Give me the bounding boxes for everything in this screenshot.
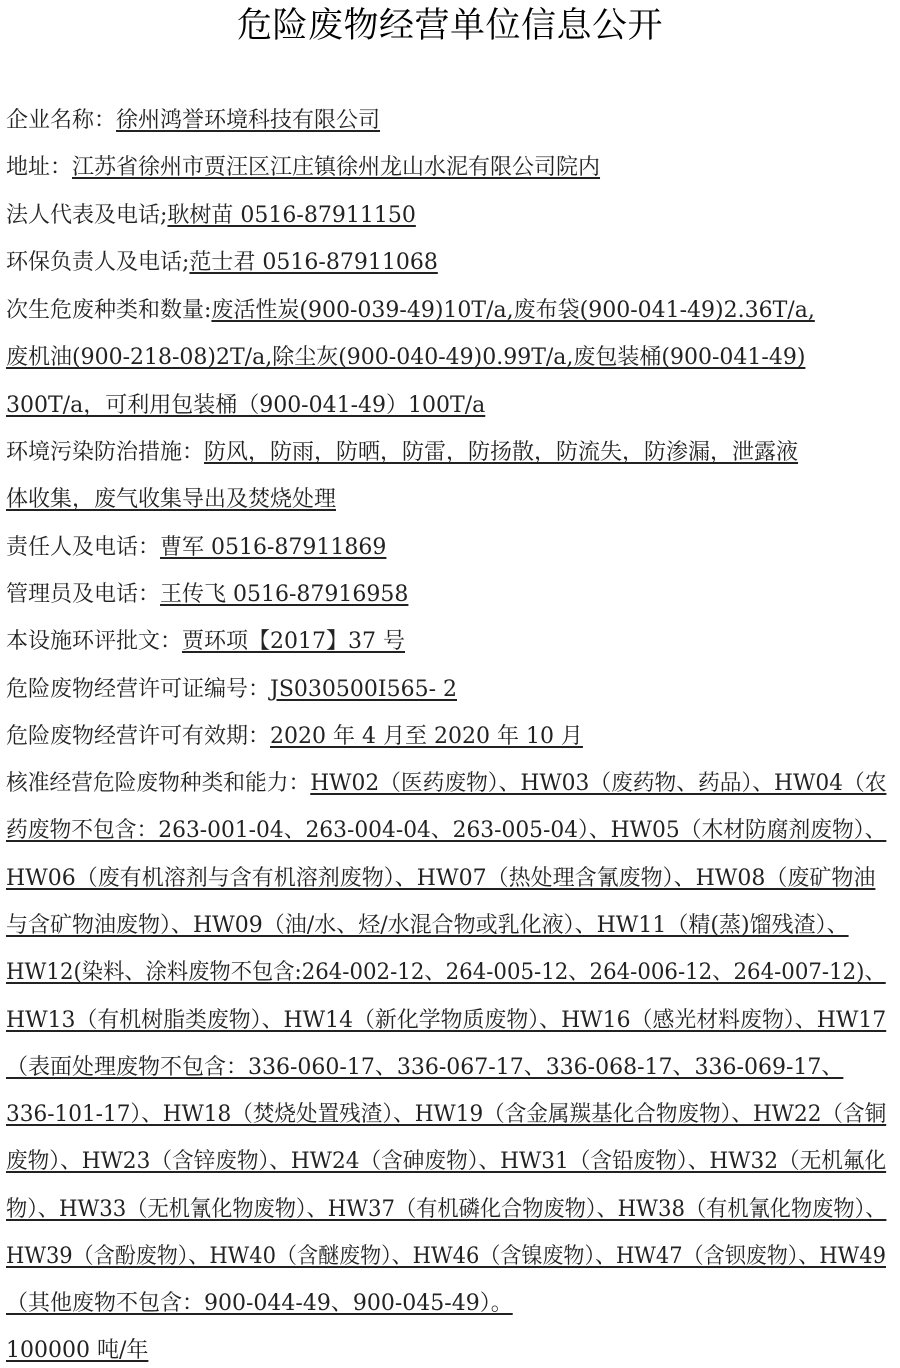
license-validity-label: 危险废物经营许可有效期： bbox=[6, 724, 270, 749]
approved-categories-line-4: 与含矿物油废物）、HW09（油/水、烃/水混合物或乳化液）、HW11（精(蒸)馏… bbox=[6, 911, 849, 941]
approved-categories-line-2: 药废物不包含：263-001-04、263-004-04、263-005-04）… bbox=[6, 816, 886, 846]
address-line: 地址：江苏省徐州市贾汪区江庄镇徐州龙山水泥有限公司院内 bbox=[6, 153, 600, 183]
eia-approval-label: 本设施环评批文： bbox=[6, 629, 182, 654]
approved-categories-value: HW02（医药废物）、HW03（废药物、药品）、HW04（农 bbox=[310, 771, 886, 796]
approved-categories-value-2: 药废物不包含：263-001-04、263-004-04、263-005-04）… bbox=[6, 818, 886, 843]
legal-rep-line: 法人代表及电话;耿树苗 0516-87911150 bbox=[6, 201, 416, 231]
approved-categories-value-7: （表面处理废物不包含：336-060-17、336-067-17、336-068… bbox=[6, 1055, 843, 1080]
approved-categories-line-9: 废物）、HW23（含锌废物）、HW24（含砷废物）、HW31（含铅废物）、HW3… bbox=[6, 1147, 886, 1177]
legal-rep-value: 耿树苗 0516-87911150 bbox=[167, 203, 415, 228]
secondary-waste-line-3: 300T/a，可利用包装桶（900-041-49）100T/a bbox=[6, 391, 485, 421]
license-number-line: 危险废物经营许可证编号：JS030500I565- 2 bbox=[6, 675, 457, 705]
approved-categories-value-11: HW39（含酚废物）、HW40（含醚废物）、HW46（含镍废物）、HW47（含钡… bbox=[6, 1244, 886, 1269]
secondary-waste-line: 次生危废种类和数量:废活性炭(900-039-49)10T/a,废布袋(900-… bbox=[6, 296, 815, 326]
page-title: 危险废物经营单位信息公开 bbox=[0, 2, 900, 50]
pollution-measures-line-2: 体收集，废气收集导出及焚烧处理 bbox=[6, 485, 336, 515]
capacity-value: 100000 吨/年 bbox=[6, 1338, 148, 1363]
approved-categories-value-5: HW12(染料、涂料废物不包含:264-002-12、264-005-12、26… bbox=[6, 960, 886, 985]
pollution-measures-value: 防风，防雨，防晒，防雷，防扬散，防流失，防渗漏，泄露液 bbox=[204, 440, 798, 465]
company-name-value: 徐州鸿誉环境科技有限公司 bbox=[116, 108, 380, 133]
approved-categories-line-3: HW06（废有机溶剂与含有机溶剂废物）、HW07（热处理含氰废物）、HW08（废… bbox=[6, 864, 875, 894]
secondary-waste-value-3: 300T/a，可利用包装桶（900-041-49）100T/a bbox=[6, 393, 485, 418]
administrator-line: 管理员及电话：王传飞 0516-87916958 bbox=[6, 580, 408, 610]
approved-categories-value-10: 物）、HW33（无机氰化物废物）、HW37（有机磷化合物废物）、HW38（有机氰… bbox=[6, 1197, 886, 1222]
approved-categories-value-3: HW06（废有机溶剂与含有机溶剂废物）、HW07（热处理含氰废物）、HW08（废… bbox=[6, 866, 875, 891]
responsible-person-label: 责任人及电话： bbox=[6, 535, 160, 560]
address-value: 江苏省徐州市贾汪区江庄镇徐州龙山水泥有限公司院内 bbox=[72, 155, 600, 180]
pollution-measures-value-2: 体收集，废气收集导出及焚烧处理 bbox=[6, 487, 336, 512]
pollution-measures-line: 环境污染防治措施：防风，防雨，防晒，防雷，防扬散，防流失，防渗漏，泄露液 bbox=[6, 438, 798, 468]
approved-categories-value-12: （其他废物不包含：900-044-49、900-045-49）。 bbox=[6, 1291, 513, 1316]
approved-categories-value-9: 废物）、HW23（含锌废物）、HW24（含砷废物）、HW31（含铅废物）、HW3… bbox=[6, 1149, 886, 1174]
legal-rep-label: 法人代表及电话; bbox=[6, 203, 167, 228]
company-name-line: 企业名称：徐州鸿誉环境科技有限公司 bbox=[6, 106, 380, 136]
approved-categories-line-12: （其他废物不包含：900-044-49、900-045-49）。 bbox=[6, 1289, 513, 1319]
responsible-person-value: 曹军 0516-87911869 bbox=[160, 535, 386, 560]
address-label: 地址： bbox=[6, 155, 72, 180]
approved-categories-value-8: 336-101-17）、HW18（焚烧处置残渣）、HW19（含金属羰基化合物废物… bbox=[6, 1102, 886, 1127]
capacity-line: 100000 吨/年 bbox=[6, 1336, 148, 1366]
approved-categories-line-11: HW39（含酚废物）、HW40（含醚废物）、HW46（含镍废物）、HW47（含钡… bbox=[6, 1242, 886, 1272]
approved-categories-line-7: （表面处理废物不包含：336-060-17、336-067-17、336-068… bbox=[6, 1053, 843, 1083]
administrator-value: 王传飞 0516-87916958 bbox=[160, 582, 408, 607]
administrator-label: 管理员及电话： bbox=[6, 582, 160, 607]
company-name-label: 企业名称： bbox=[6, 108, 116, 133]
secondary-waste-line-2: 废机油(900-218-08)2T/a,除尘灰(900-040-49)0.99T… bbox=[6, 343, 805, 373]
env-officer-label: 环保负责人及电话; bbox=[6, 250, 189, 275]
secondary-waste-label: 次生危废种类和数量: bbox=[6, 298, 211, 323]
approved-categories-line-10: 物）、HW33（无机氰化物废物）、HW37（有机磷化合物废物）、HW38（有机氰… bbox=[6, 1195, 886, 1225]
license-validity-value: 2020 年 4 月至 2020 年 10 月 bbox=[270, 724, 583, 749]
license-number-value: JS030500I565- 2 bbox=[270, 677, 457, 702]
approved-categories-line: 核准经营危险废物种类和能力：HW02（医药废物）、HW03（废药物、药品）、HW… bbox=[6, 769, 886, 799]
approved-categories-line-5: HW12(染料、涂料废物不包含:264-002-12、264-005-12、26… bbox=[6, 958, 886, 988]
secondary-waste-value: 废活性炭(900-039-49)10T/a,废布袋(900-041-49)2.3… bbox=[211, 298, 814, 323]
pollution-measures-label: 环境污染防治措施： bbox=[6, 440, 204, 465]
responsible-person-line: 责任人及电话：曹军 0516-87911869 bbox=[6, 533, 386, 563]
approved-categories-value-6: HW13（有机树脂类废物）、HW14（新化学物质废物）、HW16（感光材料废物）… bbox=[6, 1008, 886, 1033]
license-number-label: 危险废物经营许可证编号： bbox=[6, 677, 270, 702]
approved-categories-line-8: 336-101-17）、HW18（焚烧处置残渣）、HW19（含金属羰基化合物废物… bbox=[6, 1100, 886, 1130]
env-officer-line: 环保负责人及电话;范士君 0516-87911068 bbox=[6, 248, 438, 278]
approved-categories-line-6: HW13（有机树脂类废物）、HW14（新化学物质废物）、HW16（感光材料废物）… bbox=[6, 1006, 886, 1036]
eia-approval-value: 贾环项【2017】37 号 bbox=[182, 629, 405, 654]
approved-categories-value-4: 与含矿物油废物）、HW09（油/水、烃/水混合物或乳化液）、HW11（精(蒸)馏… bbox=[6, 913, 849, 938]
eia-approval-line: 本设施环评批文：贾环项【2017】37 号 bbox=[6, 627, 405, 657]
approved-categories-label: 核准经营危险废物种类和能力： bbox=[6, 771, 310, 796]
license-validity-line: 危险废物经营许可有效期：2020 年 4 月至 2020 年 10 月 bbox=[6, 722, 583, 752]
secondary-waste-value-2: 废机油(900-218-08)2T/a,除尘灰(900-040-49)0.99T… bbox=[6, 345, 805, 370]
env-officer-value: 范士君 0516-87911068 bbox=[189, 250, 437, 275]
